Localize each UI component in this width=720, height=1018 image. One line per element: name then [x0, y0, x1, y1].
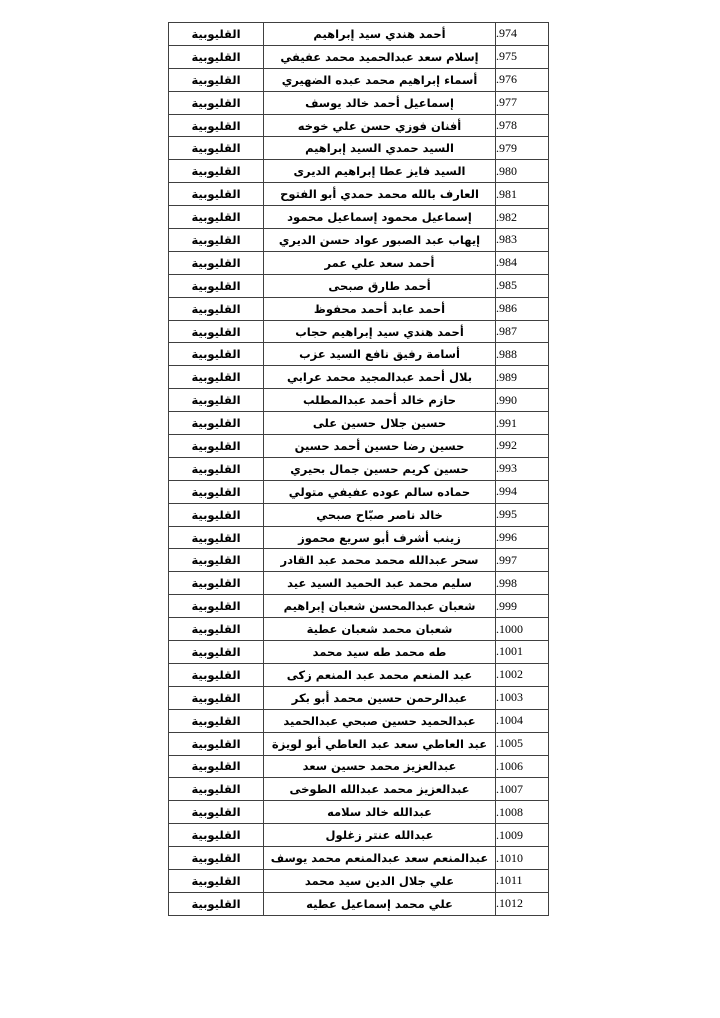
- serial-cell: 998.: [496, 572, 549, 595]
- serial-cell: 1003.: [496, 686, 549, 709]
- governorate-cell: القليوبية: [169, 366, 264, 389]
- governorate-cell: القليوبية: [169, 549, 264, 572]
- name-cell: عبدالرحمن حسين محمد أبو بكر: [264, 686, 496, 709]
- governorate-cell: القليوبية: [169, 114, 264, 137]
- name-cell: أحمد عابد أحمد محفوظ: [264, 297, 496, 320]
- table-row: 981. العارف بالله محمد حمدي أبو الفتوح ا…: [169, 183, 549, 206]
- table-row: 1010. عبدالمنعم سعد عبدالمنعم محمد يوسف …: [169, 847, 549, 870]
- serial-cell: 974.: [496, 23, 549, 46]
- name-cell: إيهاب عبد الصبور عواد حسن الديري: [264, 229, 496, 252]
- table-row: 1005. عبد العاطي سعد عبد العاطي أبو لويز…: [169, 732, 549, 755]
- name-cell: إسماعيل محمود إسماعيل محمود: [264, 206, 496, 229]
- table-row: 992. حسين رضا حسين أحمد حسين القليوبية: [169, 435, 549, 458]
- serial-cell: 999.: [496, 595, 549, 618]
- governorate-cell: القليوبية: [169, 229, 264, 252]
- table-row: 991. حسين جلال حسين على القليوبية: [169, 412, 549, 435]
- governorate-cell: القليوبية: [169, 435, 264, 458]
- table-row: 984. أحمد سعد علي عمر القليوبية: [169, 251, 549, 274]
- governorate-cell: القليوبية: [169, 68, 264, 91]
- governorate-cell: القليوبية: [169, 343, 264, 366]
- serial-cell: 1005.: [496, 732, 549, 755]
- table-row: 1002. عبد المنعم محمد عبد المنعم زكى الق…: [169, 663, 549, 686]
- table-row: 986. أحمد عابد أحمد محفوظ القليوبية: [169, 297, 549, 320]
- table-row: 995. خالد ناصر صبّاح صبحي القليوبية: [169, 503, 549, 526]
- governorate-cell: القليوبية: [169, 641, 264, 664]
- name-cell: السيد فايز عطا إبراهيم الديرى: [264, 160, 496, 183]
- table-row: 1006. عبدالعزيز محمد حسين سعد القليوبية: [169, 755, 549, 778]
- serial-cell: 976.: [496, 68, 549, 91]
- governorate-cell: القليوبية: [169, 251, 264, 274]
- governorate-cell: القليوبية: [169, 869, 264, 892]
- name-cell: عبد المنعم محمد عبد المنعم زكى: [264, 663, 496, 686]
- governorate-cell: القليوبية: [169, 824, 264, 847]
- name-cell: بلال أحمد عبدالمجيد محمد عرابي: [264, 366, 496, 389]
- name-cell: عبدالله خالد سلامه: [264, 801, 496, 824]
- table-row: 1009. عبدالله عنتر زغلول القليوبية: [169, 824, 549, 847]
- serial-cell: 1009.: [496, 824, 549, 847]
- governorate-cell: القليوبية: [169, 503, 264, 526]
- serial-cell: 1001.: [496, 641, 549, 664]
- name-cell: علي محمد إسماعيل عطيه: [264, 892, 496, 915]
- serial-cell: 1007.: [496, 778, 549, 801]
- table-row: 977. إسماعيل أحمد خالد يوسف القليوبية: [169, 91, 549, 114]
- governorate-cell: القليوبية: [169, 320, 264, 343]
- governorate-cell: القليوبية: [169, 755, 264, 778]
- table-row: 997. سحر عبدالله محمد محمد عبد القادر ال…: [169, 549, 549, 572]
- serial-cell: 1011.: [496, 869, 549, 892]
- name-cell: عبد العاطي سعد عبد العاطي أبو لويزة: [264, 732, 496, 755]
- name-cell: عبدالله عنتر زغلول: [264, 824, 496, 847]
- governorate-cell: القليوبية: [169, 183, 264, 206]
- serial-cell: 991.: [496, 412, 549, 435]
- table-row: 993. حسين كريم حسين جمال بحيري القليوبية: [169, 457, 549, 480]
- name-cell: إسماعيل أحمد خالد يوسف: [264, 91, 496, 114]
- governorate-cell: القليوبية: [169, 801, 264, 824]
- document-page: 974. أحمد هندي سيد إبراهيم القليوبية 975…: [0, 0, 720, 1018]
- governorate-cell: القليوبية: [169, 457, 264, 480]
- serial-cell: 1006.: [496, 755, 549, 778]
- governorate-cell: القليوبية: [169, 389, 264, 412]
- table-row: 976. أسماء إبراهيم محمد عبده الضهيري الق…: [169, 68, 549, 91]
- name-cell: إسلام سعد عبدالحميد محمد عفيفي: [264, 45, 496, 68]
- table-row: 988. أسامة رفيق نافع السيد عزب القليوبية: [169, 343, 549, 366]
- serial-cell: 975.: [496, 45, 549, 68]
- serial-cell: 997.: [496, 549, 549, 572]
- name-cell: سحر عبدالله محمد محمد عبد القادر: [264, 549, 496, 572]
- serial-cell: 979.: [496, 137, 549, 160]
- governorate-cell: القليوبية: [169, 595, 264, 618]
- table-row: 1012. علي محمد إسماعيل عطيه القليوبية: [169, 892, 549, 915]
- name-cell: خالد ناصر صبّاح صبحي: [264, 503, 496, 526]
- name-cell: شعبان محمد شعبان عطية: [264, 618, 496, 641]
- governorate-cell: القليوبية: [169, 732, 264, 755]
- serial-cell: 993.: [496, 457, 549, 480]
- table-row: 999. شعبان عبدالمحسن شعبان إبراهيم القلي…: [169, 595, 549, 618]
- serial-cell: 995.: [496, 503, 549, 526]
- governorate-cell: القليوبية: [169, 297, 264, 320]
- table-body: 974. أحمد هندي سيد إبراهيم القليوبية 975…: [169, 23, 549, 916]
- table-row: 1007. عبدالعزيز محمد عبدالله الطوخى القل…: [169, 778, 549, 801]
- table-row: 1004. عبدالحميد حسين صبحي عبدالحميد القل…: [169, 709, 549, 732]
- name-cell: طه محمد طه سيد محمد: [264, 641, 496, 664]
- table-row: 990. حازم خالد أحمد عبدالمطلب القليوبية: [169, 389, 549, 412]
- table-row: 979. السيد حمدي السيد إبراهيم القليوبية: [169, 137, 549, 160]
- governorate-cell: القليوبية: [169, 45, 264, 68]
- governorate-cell: القليوبية: [169, 23, 264, 46]
- table-row: 983. إيهاب عبد الصبور عواد حسن الديري ال…: [169, 229, 549, 252]
- serial-cell: 978.: [496, 114, 549, 137]
- governorate-cell: القليوبية: [169, 160, 264, 183]
- serial-cell: 977.: [496, 91, 549, 114]
- serial-cell: 1010.: [496, 847, 549, 870]
- serial-cell: 990.: [496, 389, 549, 412]
- governorate-cell: القليوبية: [169, 480, 264, 503]
- name-cell: أسماء إبراهيم محمد عبده الضهيري: [264, 68, 496, 91]
- name-cell: علي جلال الدين سيد محمد: [264, 869, 496, 892]
- governorate-cell: القليوبية: [169, 663, 264, 686]
- serial-cell: 983.: [496, 229, 549, 252]
- name-cell: العارف بالله محمد حمدي أبو الفتوح: [264, 183, 496, 206]
- governorate-cell: القليوبية: [169, 572, 264, 595]
- table-row: 994. حماده سالم عوده عفيفي متولي القليوب…: [169, 480, 549, 503]
- name-cell: أسامة رفيق نافع السيد عزب: [264, 343, 496, 366]
- serial-cell: 981.: [496, 183, 549, 206]
- table-row: 1003. عبدالرحمن حسين محمد أبو بكر القليو…: [169, 686, 549, 709]
- table-row: 985. أحمد طارق صبحى القليوبية: [169, 274, 549, 297]
- serial-cell: 1002.: [496, 663, 549, 686]
- table-row: 998. سليم محمد عبد الحميد السيد عيد القل…: [169, 572, 549, 595]
- serial-cell: 989.: [496, 366, 549, 389]
- table-row: 989. بلال أحمد عبدالمجيد محمد عرابي القل…: [169, 366, 549, 389]
- governorate-cell: القليوبية: [169, 778, 264, 801]
- serial-cell: 1012.: [496, 892, 549, 915]
- table-row: 996. زينب أشرف أبو سريع محموز القليوبية: [169, 526, 549, 549]
- serial-cell: 984.: [496, 251, 549, 274]
- name-cell: أحمد هندي سيد إبراهيم: [264, 23, 496, 46]
- serial-cell: 985.: [496, 274, 549, 297]
- name-cell: أحمد هندي سيد إبراهيم حجاب: [264, 320, 496, 343]
- name-cell: عبدالعزيز محمد حسين سعد: [264, 755, 496, 778]
- name-cell: عبدالعزيز محمد عبدالله الطوخى: [264, 778, 496, 801]
- name-cell: حسين كريم حسين جمال بحيري: [264, 457, 496, 480]
- name-cell: حسين رضا حسين أحمد حسين: [264, 435, 496, 458]
- governorate-cell: القليوبية: [169, 206, 264, 229]
- table-row: 1000. شعبان محمد شعبان عطية القليوبية: [169, 618, 549, 641]
- names-table: 974. أحمد هندي سيد إبراهيم القليوبية 975…: [168, 22, 549, 916]
- name-cell: حازم خالد أحمد عبدالمطلب: [264, 389, 496, 412]
- name-cell: السيد حمدي السيد إبراهيم: [264, 137, 496, 160]
- name-cell: شعبان عبدالمحسن شعبان إبراهيم: [264, 595, 496, 618]
- governorate-cell: القليوبية: [169, 892, 264, 915]
- governorate-cell: القليوبية: [169, 526, 264, 549]
- serial-cell: 987.: [496, 320, 549, 343]
- table-row: 987. أحمد هندي سيد إبراهيم حجاب القليوبي…: [169, 320, 549, 343]
- serial-cell: 1008.: [496, 801, 549, 824]
- governorate-cell: القليوبية: [169, 847, 264, 870]
- name-cell: عبدالحميد حسين صبحي عبدالحميد: [264, 709, 496, 732]
- name-cell: أحمد طارق صبحى: [264, 274, 496, 297]
- serial-cell: 982.: [496, 206, 549, 229]
- governorate-cell: القليوبية: [169, 709, 264, 732]
- serial-cell: 992.: [496, 435, 549, 458]
- table-row: 982. إسماعيل محمود إسماعيل محمود القليوب…: [169, 206, 549, 229]
- governorate-cell: القليوبية: [169, 412, 264, 435]
- table-row: 1011. علي جلال الدين سيد محمد القليوبية: [169, 869, 549, 892]
- table-row: 1008. عبدالله خالد سلامه القليوبية: [169, 801, 549, 824]
- name-cell: حسين جلال حسين على: [264, 412, 496, 435]
- serial-cell: 980.: [496, 160, 549, 183]
- table-row: 975. إسلام سعد عبدالحميد محمد عفيفي القل…: [169, 45, 549, 68]
- governorate-cell: القليوبية: [169, 137, 264, 160]
- serial-cell: 1000.: [496, 618, 549, 641]
- table-row: 978. أفنان فوزي حسن علي خوخه القليوبية: [169, 114, 549, 137]
- governorate-cell: القليوبية: [169, 618, 264, 641]
- name-cell: عبدالمنعم سعد عبدالمنعم محمد يوسف: [264, 847, 496, 870]
- name-cell: حماده سالم عوده عفيفي متولي: [264, 480, 496, 503]
- serial-cell: 994.: [496, 480, 549, 503]
- name-cell: أحمد سعد علي عمر: [264, 251, 496, 274]
- name-cell: أفنان فوزي حسن علي خوخه: [264, 114, 496, 137]
- name-cell: زينب أشرف أبو سريع محموز: [264, 526, 496, 549]
- table-row: 1001. طه محمد طه سيد محمد القليوبية: [169, 641, 549, 664]
- table-row: 974. أحمد هندي سيد إبراهيم القليوبية: [169, 23, 549, 46]
- serial-cell: 986.: [496, 297, 549, 320]
- governorate-cell: القليوبية: [169, 686, 264, 709]
- serial-cell: 988.: [496, 343, 549, 366]
- governorate-cell: القليوبية: [169, 274, 264, 297]
- governorate-cell: القليوبية: [169, 91, 264, 114]
- table-row: 980. السيد فايز عطا إبراهيم الديرى القلي…: [169, 160, 549, 183]
- name-cell: سليم محمد عبد الحميد السيد عيد: [264, 572, 496, 595]
- serial-cell: 1004.: [496, 709, 549, 732]
- serial-cell: 996.: [496, 526, 549, 549]
